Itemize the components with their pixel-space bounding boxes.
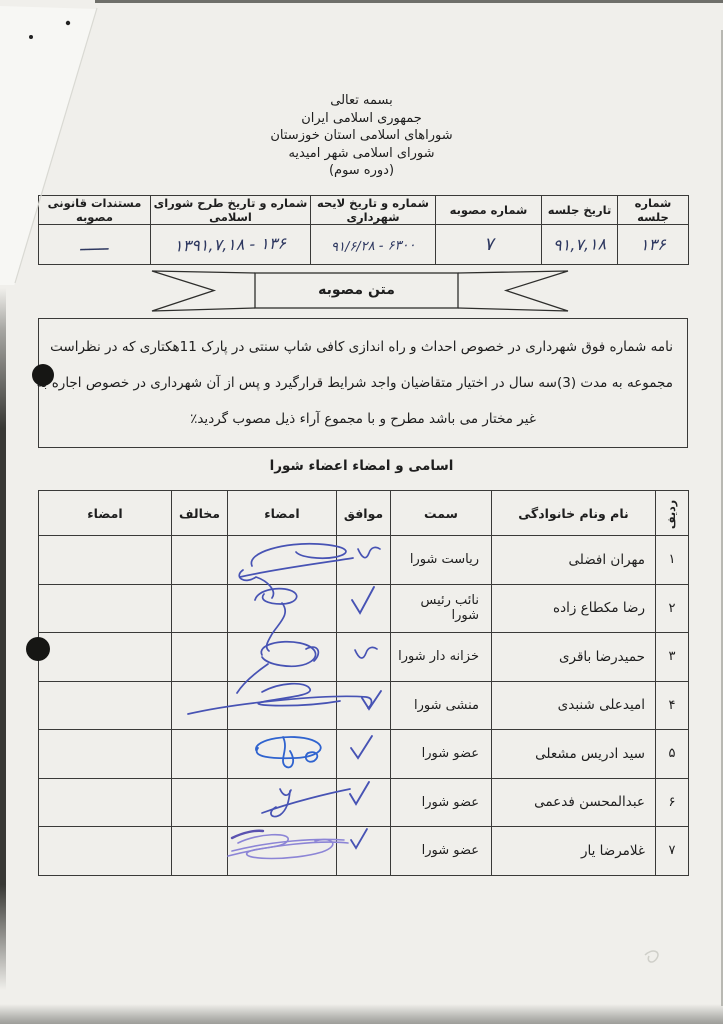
agree-cell <box>337 730 391 779</box>
oppose-signature-cell <box>39 681 172 730</box>
letterhead-line: شورای اسلامی شهر امیدیه <box>0 145 723 163</box>
signature-cell <box>228 730 337 779</box>
oppose-cell <box>172 584 228 633</box>
ribbon-tail-right <box>458 271 568 311</box>
agree-cell <box>337 633 391 682</box>
oppose-signature-cell <box>39 827 172 876</box>
member-row: ۵ سید ادریس مشعلی عضو شورا <box>39 730 689 779</box>
member-position: عضو شورا <box>391 730 492 779</box>
info-header-resolution-no: شماره مصوبه <box>436 196 542 225</box>
info-header-legal-basis: مستندات قانونی مصوبه <box>39 196 151 225</box>
col-header-agree: موافق <box>337 491 391 536</box>
member-number: ۳ <box>656 633 689 682</box>
agree-cell <box>337 827 391 876</box>
member-number: ۱ <box>656 536 689 585</box>
signature-cell <box>228 584 337 633</box>
oppose-cell <box>172 536 228 585</box>
member-name: مهران افضلی <box>492 536 656 585</box>
info-header-plan: شماره و تاریخ طرح شورای اسلامی <box>151 196 311 225</box>
info-header-session-date: تاریخ جلسه <box>542 196 618 225</box>
letterhead: بسمه تعالی جمهوری اسلامی ایران شوراهای ا… <box>0 92 723 180</box>
col-header-row-number: ردیف <box>656 491 689 536</box>
oppose-cell <box>172 633 228 682</box>
resolution-text-box: نامه شماره فوق شهرداری در خصوص احداث و ر… <box>38 318 688 448</box>
agree-cell <box>337 536 391 585</box>
banner-title: متن مصوبه <box>255 273 458 308</box>
col-header-signature: امضاء <box>228 491 337 536</box>
agree-cell <box>337 584 391 633</box>
faint-pencil-mark <box>645 951 658 962</box>
col-header-oppose: مخالف <box>172 491 228 536</box>
resolution-line: مجموعه به مدت (3)سه سال در اختیار متقاضی… <box>39 365 687 401</box>
resolution-line: غیر مختار می باشد مطرح و با مجموع آراء ذ… <box>39 401 687 437</box>
member-row: ۷ غلامرضا یار عضو شورا <box>39 827 689 876</box>
member-position: خزانه دار شورا <box>391 633 492 682</box>
info-value-session-date: ۹۱,۷,۱۸ <box>542 225 618 265</box>
signature-cell <box>228 778 337 827</box>
oppose-signature-cell <box>39 633 172 682</box>
member-position: منشی شورا <box>391 681 492 730</box>
member-row: ۴ امیدعلی شنبدی منشی شورا <box>39 681 689 730</box>
ribbon-tail-left <box>152 271 255 311</box>
member-row: ۱ مهران افضلی ریاست شورا <box>39 536 689 585</box>
letterhead-line: بسمه تعالی <box>0 92 723 110</box>
oppose-signature-cell <box>39 730 172 779</box>
oppose-cell <box>172 681 228 730</box>
member-position: نائب رئیس شورا <box>391 584 492 633</box>
scanned-document-page: بسمه تعالی جمهوری اسلامی ایران شوراهای ا… <box>0 0 723 1024</box>
resolution-line: نامه شماره فوق شهرداری در خصوص احداث و ر… <box>39 329 687 365</box>
resolution-banner: متن مصوبه <box>150 264 570 314</box>
signature-cell <box>228 681 337 730</box>
scan-edge-bottom <box>0 1004 723 1024</box>
signature-cell <box>228 536 337 585</box>
member-row: ۲ رضا مکطاع زاده نائب رئیس شورا <box>39 584 689 633</box>
members-signature-table: ردیف نام ونام خانوادگی سمت موافق امضاء م… <box>38 490 689 876</box>
member-name: سید ادریس مشعلی <box>492 730 656 779</box>
agree-cell <box>337 681 391 730</box>
col-header-position: سمت <box>391 491 492 536</box>
info-value-resolution-no: ۷ <box>436 225 542 265</box>
oppose-signature-cell <box>39 778 172 827</box>
info-value-session-no: ۱۳۶ <box>618 225 689 265</box>
member-number: ۴ <box>656 681 689 730</box>
scan-edge-left <box>0 288 6 990</box>
member-name: رضا مکطاع زاده <box>492 584 656 633</box>
members-header-row: ردیف نام ونام خانوادگی سمت موافق امضاء م… <box>39 491 689 536</box>
member-position: عضو شورا <box>391 827 492 876</box>
info-value-bill: ۶۳۰۰ - ۹۱/۶/۲۸ <box>311 225 436 265</box>
info-value-plan: ۱۳۶ - ۱۳۹۱,۷,۱۸ <box>151 225 311 265</box>
col-header-signature: امضاء <box>39 491 172 536</box>
letterhead-line: (دوره سوم) <box>0 162 723 180</box>
info-header-session-no: شماره جلسه <box>618 196 689 225</box>
member-name: حمیدرضا باقری <box>492 633 656 682</box>
member-number: ۵ <box>656 730 689 779</box>
oppose-cell <box>172 730 228 779</box>
member-name: امیدعلی شنبدی <box>492 681 656 730</box>
oppose-signature-cell <box>39 584 172 633</box>
member-row: ۶ عبدالمحسن فدعمی عضو شورا <box>39 778 689 827</box>
oppose-cell <box>172 778 228 827</box>
agree-cell <box>337 778 391 827</box>
members-section-title: اسامی و امضاء اعضاء شورا <box>0 458 723 474</box>
member-row: ۳ حمیدرضا باقری خزانه دار شورا <box>39 633 689 682</box>
info-value-legal-basis: ــــــ <box>39 225 151 265</box>
member-name: عبدالمحسن فدعمی <box>492 778 656 827</box>
member-position: ریاست شورا <box>391 536 492 585</box>
member-number: ۶ <box>656 778 689 827</box>
letterhead-line: شوراهای اسلامی استان خوزستان <box>0 127 723 145</box>
resolution-info-table: شماره جلسه تاریخ جلسه شماره مصوبه شماره … <box>38 195 689 265</box>
col-header-full-name: نام ونام خانوادگی <box>492 491 656 536</box>
info-header-bill: شماره و تاریخ لایحه شهرداری <box>311 196 436 225</box>
member-name: غلامرضا یار <box>492 827 656 876</box>
member-number: ۲ <box>656 584 689 633</box>
member-number: ۷ <box>656 827 689 876</box>
member-position: عضو شورا <box>391 778 492 827</box>
scan-edge-top <box>95 0 723 3</box>
signature-cell <box>228 633 337 682</box>
signature-cell <box>228 827 337 876</box>
oppose-signature-cell <box>39 536 172 585</box>
letterhead-line: جمهوری اسلامی ایران <box>0 110 723 128</box>
oppose-cell <box>172 827 228 876</box>
